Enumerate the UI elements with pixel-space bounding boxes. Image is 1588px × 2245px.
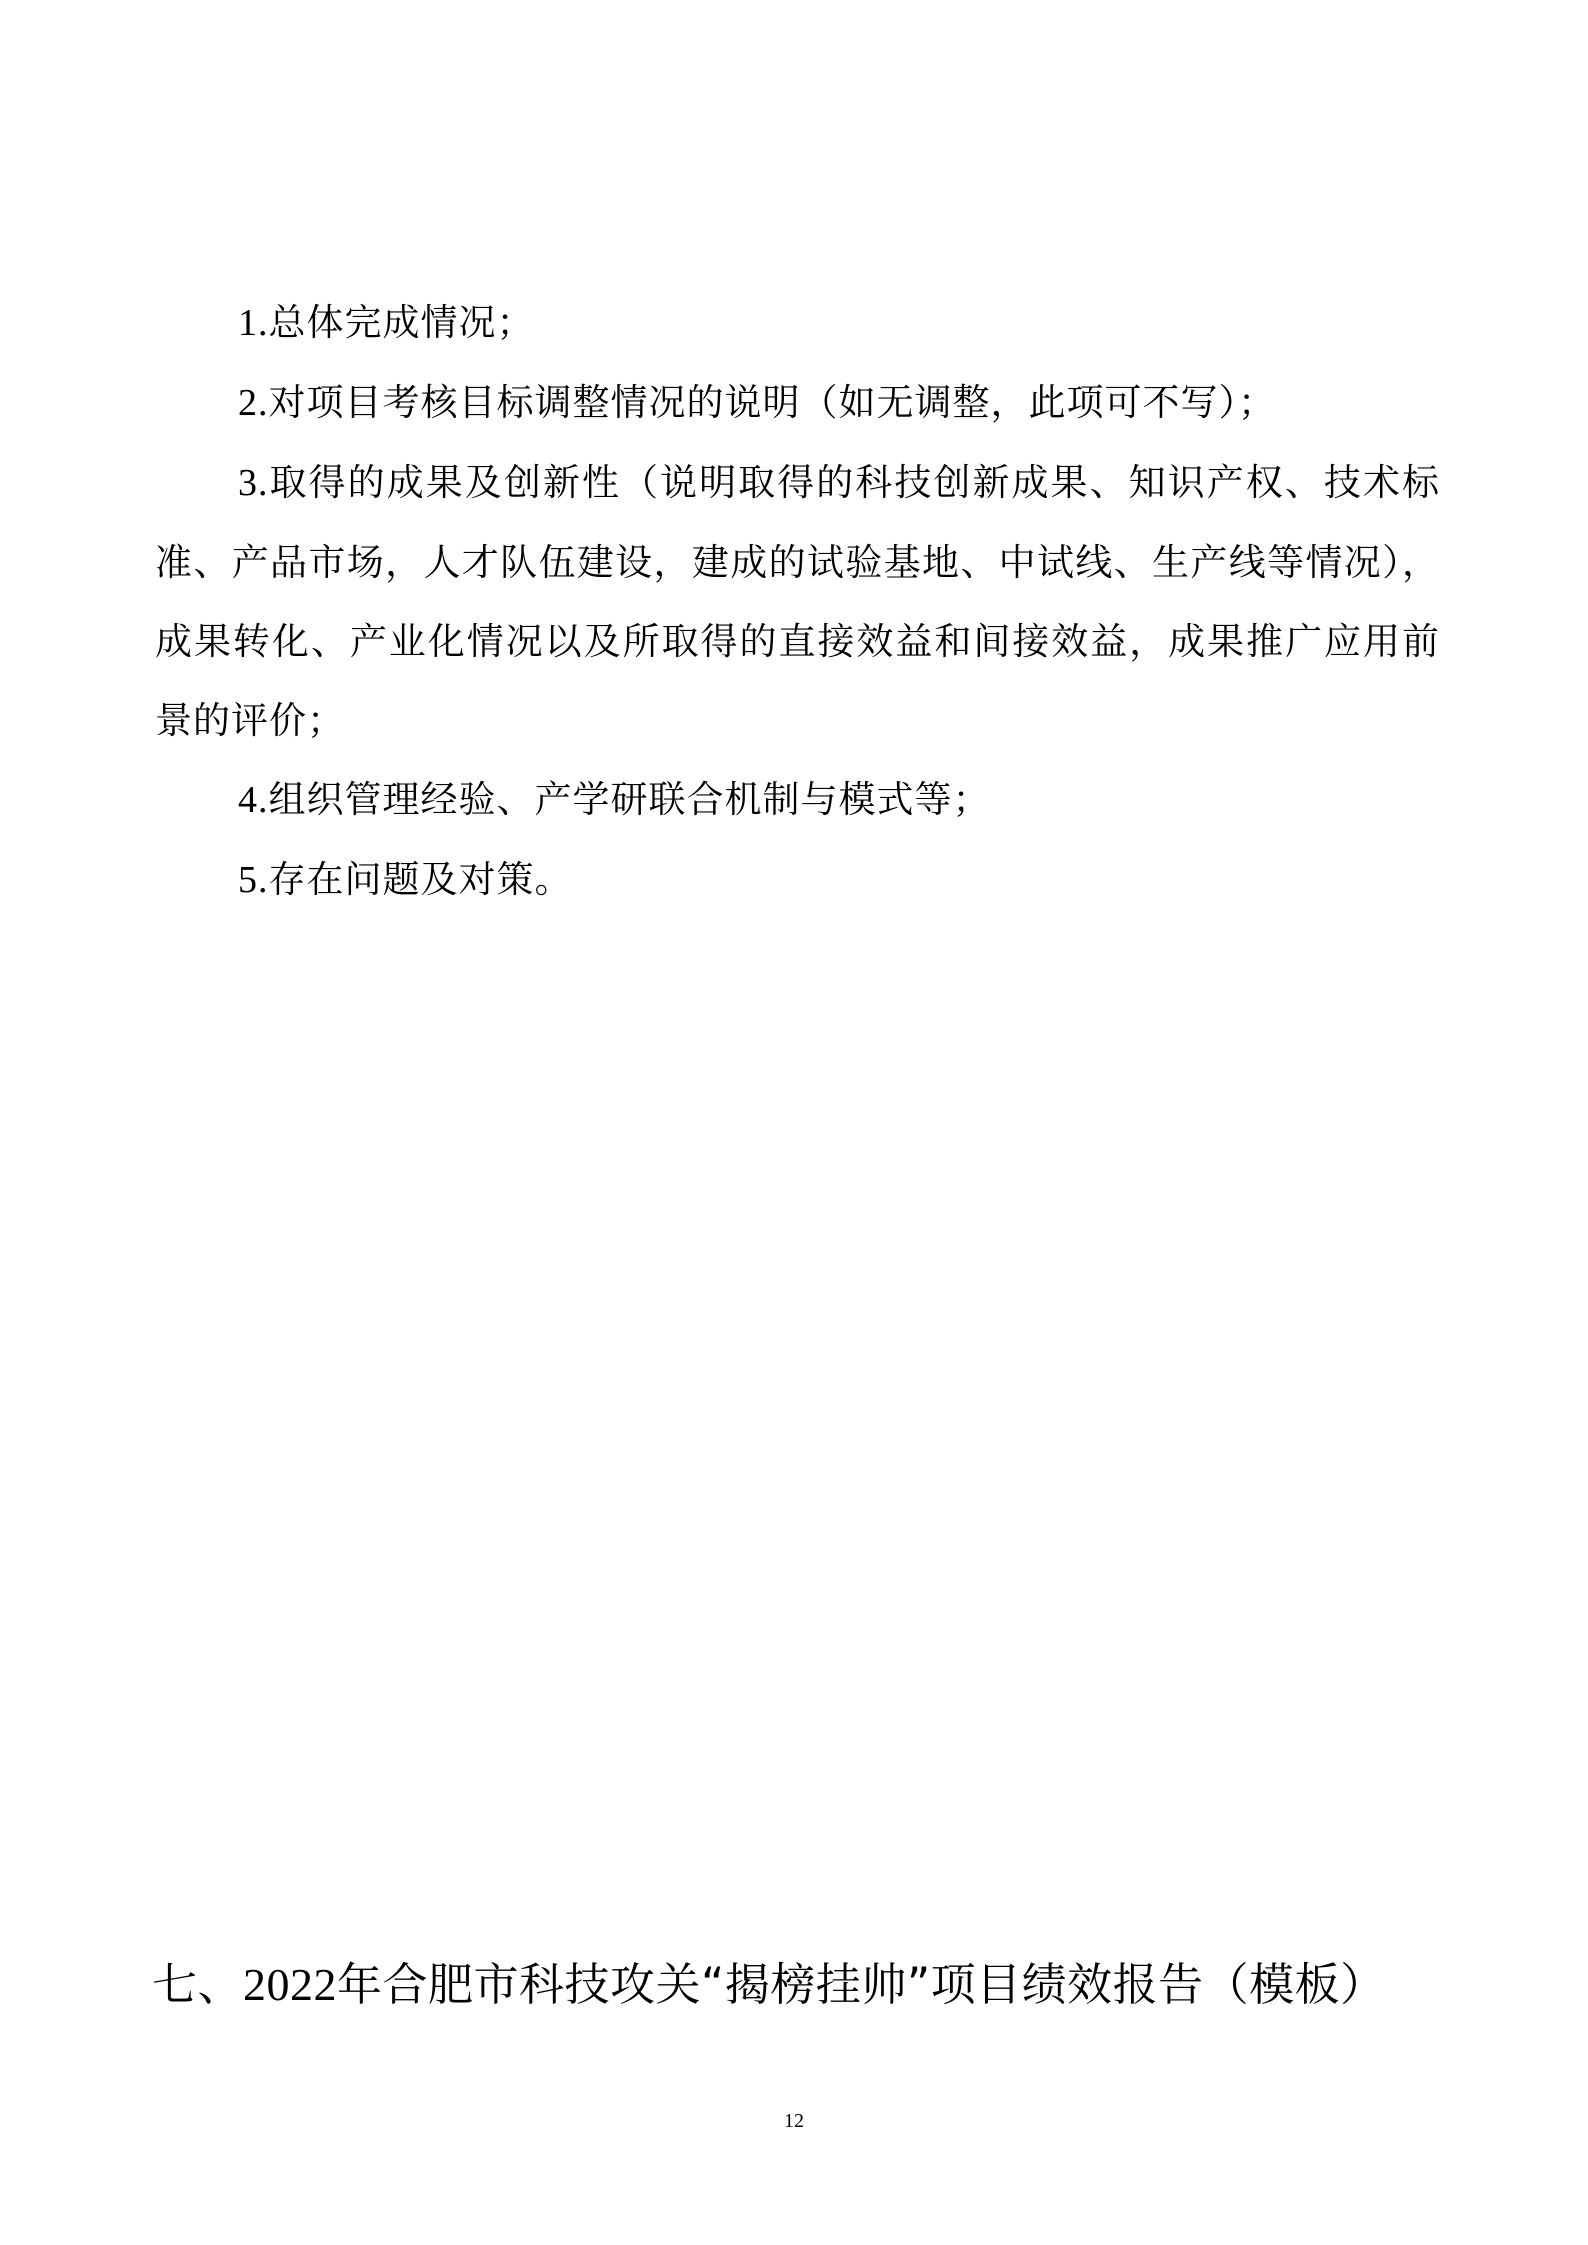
item-text: 取得的成果及创新性（说明取得的科技创新成果、知识产权、技术标准、产品市场，人才队… <box>155 461 1440 742</box>
report-requirements-list: 1.总体完成情况； 2.对项目考核目标调整情况的说明（如无调整，此项可不写）； … <box>155 283 1440 920</box>
item-number: 1. <box>238 302 269 344</box>
section-heading-text: 年合肥市科技攻关“揭榜挂帅”项目绩效报告（模板） <box>337 1958 1386 2011</box>
item-number: 4. <box>238 779 269 821</box>
section-heading-year: 2022 <box>243 1959 337 2010</box>
section-heading-prefix: 七、 <box>152 1958 243 2011</box>
list-item-1: 1.总体完成情况； <box>155 283 1440 363</box>
list-item-3: 3.取得的成果及创新性（说明取得的科技创新成果、知识产权、技术标准、产品市场，人… <box>155 443 1440 760</box>
item-number: 3. <box>238 462 269 504</box>
item-text: 对项目考核目标调整情况的说明（如无调整，此项可不写）； <box>269 381 1277 424</box>
list-item-4: 4.组织管理经验、产学研联合机制与模式等； <box>155 760 1440 840</box>
page-number: 12 <box>0 2110 1588 2133</box>
section-heading: 七、2022年合肥市科技攻关“揭榜挂帅”项目绩效报告（模板） <box>152 1950 1452 2020</box>
item-number: 5. <box>238 859 269 901</box>
item-text: 组织管理经验、产学研联合机制与模式等； <box>269 778 991 821</box>
item-number: 2. <box>238 382 269 424</box>
list-item-5: 5.存在问题及对策。 <box>155 840 1440 920</box>
document-page: 1.总体完成情况； 2.对项目考核目标调整情况的说明（如无调整，此项可不写）； … <box>0 0 1588 2245</box>
list-item-2: 2.对项目考核目标调整情况的说明（如无调整，此项可不写）； <box>155 363 1440 443</box>
item-text: 存在问题及对策。 <box>269 858 573 901</box>
item-text: 总体完成情况； <box>269 301 535 344</box>
